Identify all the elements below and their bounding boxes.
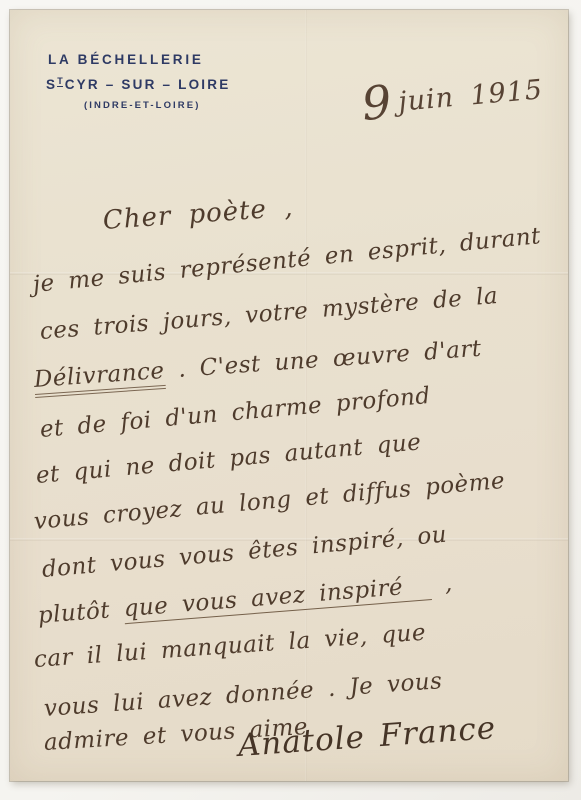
handwritten-date: 9 juin 1915 <box>360 68 544 124</box>
letter-paper: LA BÉCHELLERIE STCYR – SUR – LOIRE (INDR… <box>10 10 568 781</box>
letterhead-st-superscript: T <box>57 76 63 87</box>
framed-letter-photo: LA BÉCHELLERIE STCYR – SUR – LOIRE (INDR… <box>0 0 581 800</box>
letterhead-town: CYR – SUR – LOIRE <box>65 77 231 92</box>
letterhead-st-s: S <box>46 77 57 92</box>
handwritten-line: car il lui manquait la vie, que <box>33 620 427 673</box>
letterhead-line-1: LA BÉCHELLERIE <box>48 52 204 67</box>
letterhead-line-3: (INDRE-ET-LOIRE) <box>84 100 200 111</box>
date-day: 9 <box>360 74 396 131</box>
underlined-word: Délivrance <box>33 358 166 398</box>
date-month-year: juin 1915 <box>397 74 544 118</box>
handwritten-line: plutôt que vous avez inspiré , <box>37 570 454 629</box>
handwritten-line: ces trois jours, votre mystère de la <box>39 283 499 345</box>
handwritten-line: vous lui avez donnée . Je vous <box>43 668 443 722</box>
handwritten-line: dont vous vous êtes inspiré, ou <box>41 522 448 583</box>
underlined-phrase: que vous avez inspiré <box>123 572 432 624</box>
letterhead-line-2: STCYR – SUR – LOIRE <box>46 76 230 92</box>
salutation: Cher poète , <box>102 193 294 236</box>
